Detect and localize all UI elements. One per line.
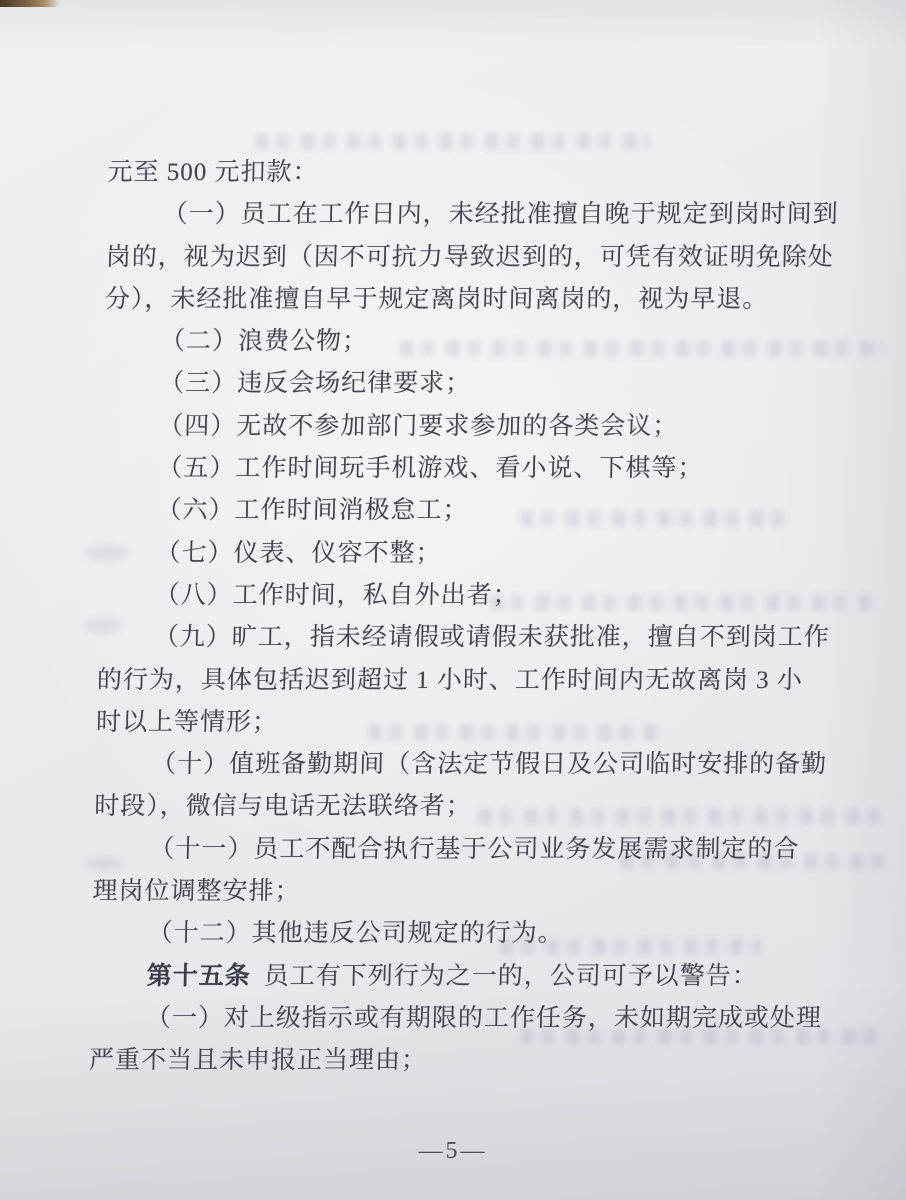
scanned-document-page: { "document": { "lines": [ {"text": "元至 … xyxy=(0,0,906,1200)
text-line: （八）工作时间，私自外出者； xyxy=(98,575,823,617)
text-line: （一）员工在工作日内，未经批准擅自晚于规定到岗时间到 xyxy=(106,194,831,236)
line-text: 分），未经批准擅自早于规定离岗时间离岗的，视为早退。 xyxy=(105,286,769,313)
text-line: （七）仪表、仪容不整； xyxy=(99,533,824,575)
text-line: 时以上等情形； xyxy=(96,702,821,744)
text-line: （二）浪费公物； xyxy=(104,321,829,363)
text-line: （十一）员工不配合执行基于公司业务发展需求制定的合 xyxy=(93,829,818,871)
line-text: （十二）其他违反公司规定的行为。 xyxy=(147,920,564,947)
text-line: （五）工作时间玩手机游戏、看小说、下棋等； xyxy=(101,448,826,490)
document-body: 元至 500 元扣款： （一）员工在工作日内，未经批准擅自晚于规定到岗时间到 岗… xyxy=(89,152,832,1083)
article-number: 第十五条 xyxy=(146,963,251,990)
bleedthrough-smudge xyxy=(255,133,650,150)
line-text: （一）对上级指示或有期限的工作任务，未如期完成或处理 xyxy=(146,1005,823,1032)
line-text: （七）仪表、仪容不整； xyxy=(155,540,442,567)
article-heading-line: 第十五条员工有下列行为之一的，公司可予以警告： xyxy=(90,956,815,998)
line-text: （五）工作时间玩手机游戏、看小说、下棋等； xyxy=(157,455,704,482)
scan-edge-strip xyxy=(0,0,60,7)
text-line: 理岗位调整安排； xyxy=(92,871,817,913)
line-text: （十）值班备勤期间（含法定节假日及公司临时安排的备勤 xyxy=(151,751,828,778)
text-line: 元至 500 元扣款： xyxy=(107,152,832,194)
text-line: （一）对上级指示或有期限的工作任务，未如期完成或处理 xyxy=(89,998,814,1040)
text-line: （十）值班备勤期间（含法定节假日及公司临时安排的备勤 xyxy=(95,744,820,786)
line-text: （九）旷工，指未经请假或请假未获批准，擅自不到岗工作 xyxy=(154,624,831,651)
text-line: 时段），微信与电话无法联络者； xyxy=(94,786,819,828)
page-number: —5— xyxy=(0,1138,906,1165)
line-text: 的行为，具体包括迟到超过 1 小时、工作时间内无故离岗 3 小 xyxy=(97,667,804,694)
line-text: （二）浪费公物； xyxy=(160,328,369,355)
line-text: （三）违反会场纪律要求； xyxy=(159,370,472,397)
line-text: （十一）员工不配合执行基于公司业务发展需求制定的合 xyxy=(149,836,800,863)
line-text: （四）无故不参加部门要求参加的各类会议； xyxy=(158,413,679,440)
line-text: （八）工作时间，私自外出者； xyxy=(154,582,519,609)
text-line: 分），未经批准擅自早于规定离岗时间离岗的，视为早退。 xyxy=(104,279,829,321)
text-line: 岗的，视为迟到（因不可抗力导致迟到的，可凭有效证明免除处 xyxy=(105,237,830,279)
text-line: 的行为，具体包括迟到超过 1 小时、工作时间内无故离岗 3 小 xyxy=(96,660,821,702)
text-line: （十二）其他违反公司规定的行为。 xyxy=(91,913,816,955)
line-text: 岗的，视为迟到（因不可抗力导致迟到的，可凭有效证明免除处 xyxy=(106,244,835,271)
text-line: 严重不当且未申报正当理由； xyxy=(89,1040,814,1082)
text-line: （三）违反会场纪律要求； xyxy=(103,363,828,405)
line-text: 时段），微信与电话无法联络者； xyxy=(94,793,472,820)
text-line: （六）工作时间消极怠工； xyxy=(100,490,825,532)
line-text: （一）员工在工作日内，未经批准擅自晚于规定到岗时间到 xyxy=(162,201,839,228)
line-text: 元至 500 元扣款： xyxy=(107,159,319,186)
text-line: （九）旷工，指未经请假或请假未获批准，擅自不到岗工作 xyxy=(97,617,822,659)
line-text: 时以上等情形； xyxy=(96,709,279,736)
text-line: （四）无故不参加部门要求参加的各类会议； xyxy=(102,406,827,448)
line-text: 理岗位调整安排； xyxy=(92,878,301,905)
line-text: 严重不当且未申报正当理由； xyxy=(89,1047,428,1074)
line-text: 员工有下列行为之一的，公司可予以警告： xyxy=(263,963,758,990)
line-text: （六）工作时间消极怠工； xyxy=(156,497,469,524)
